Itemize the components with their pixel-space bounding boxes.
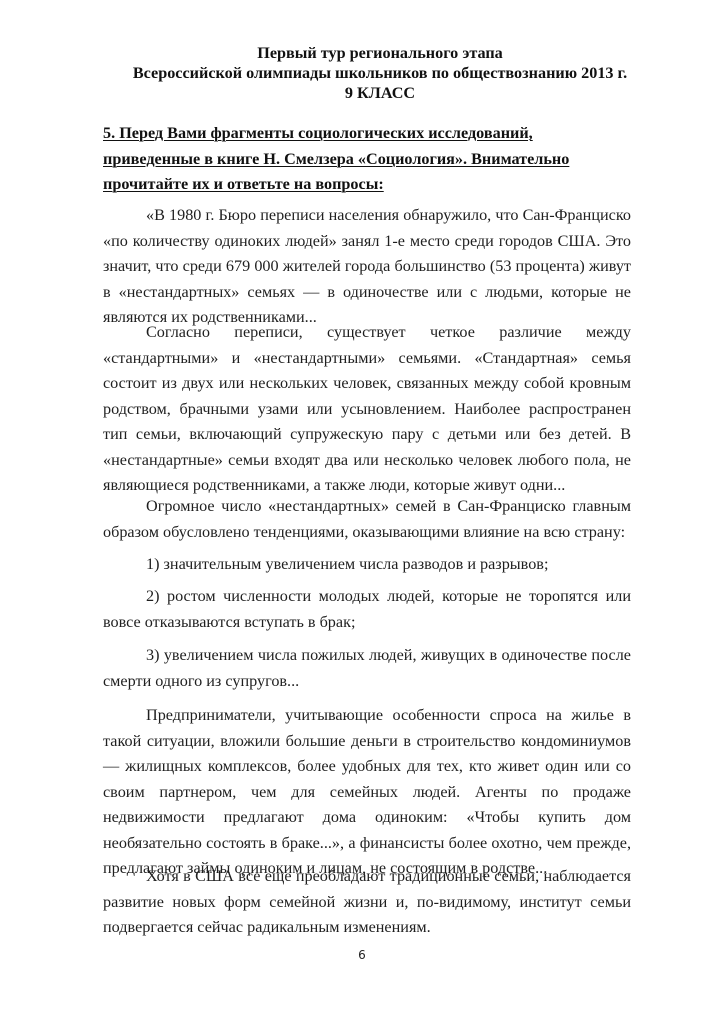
list-item-2: 2) ростом численности молодых людей, кот… — [103, 584, 631, 635]
task-title-text: 5. Перед Вами фрагменты социологических … — [103, 124, 569, 193]
paragraph-5: Хотя в США все еще преобладают традицион… — [103, 864, 631, 941]
paragraph-text: Согласно переписи, существует четкое раз… — [103, 320, 631, 499]
header-line-3: 9 КЛАСС — [100, 83, 660, 103]
document-page: Первый тур регионального этапа Всероссий… — [0, 0, 724, 1024]
list-item-text: 2) ростом численности молодых людей, кот… — [103, 584, 631, 635]
page-number: 6 — [0, 948, 724, 962]
paragraph-3: Огромное число «нестандартных» семей в С… — [103, 494, 631, 545]
header-line-1: Первый тур регионального этапа — [100, 43, 660, 63]
paragraph-text: Огромное число «нестандартных» семей в С… — [103, 494, 631, 545]
task-title: 5. Перед Вами фрагменты социологических … — [103, 121, 631, 198]
list-item-text: 3) увеличением числа пожилых людей, живу… — [103, 643, 631, 694]
paragraph-text: Предприниматели, учитывающие особенности… — [103, 703, 631, 882]
paragraph-text: «В 1980 г. Бюро переписи населения обнар… — [103, 203, 631, 331]
paragraph-2: Согласно переписи, существует четкое раз… — [103, 320, 631, 499]
paragraph-4: Предприниматели, учитывающие особенности… — [103, 703, 631, 882]
list-item-text: 1) значительным увеличением числа развод… — [103, 552, 631, 578]
header-line-2: Всероссийской олимпиады школьников по об… — [100, 63, 660, 83]
list-item-3: 3) увеличением числа пожилых людей, живу… — [103, 643, 631, 694]
paragraph-1: «В 1980 г. Бюро переписи населения обнар… — [103, 203, 631, 331]
paragraph-text: Хотя в США все еще преобладают традицион… — [103, 864, 631, 941]
document-header: Первый тур регионального этапа Всероссий… — [100, 43, 660, 103]
list-item-1: 1) значительным увеличением числа развод… — [103, 552, 631, 578]
